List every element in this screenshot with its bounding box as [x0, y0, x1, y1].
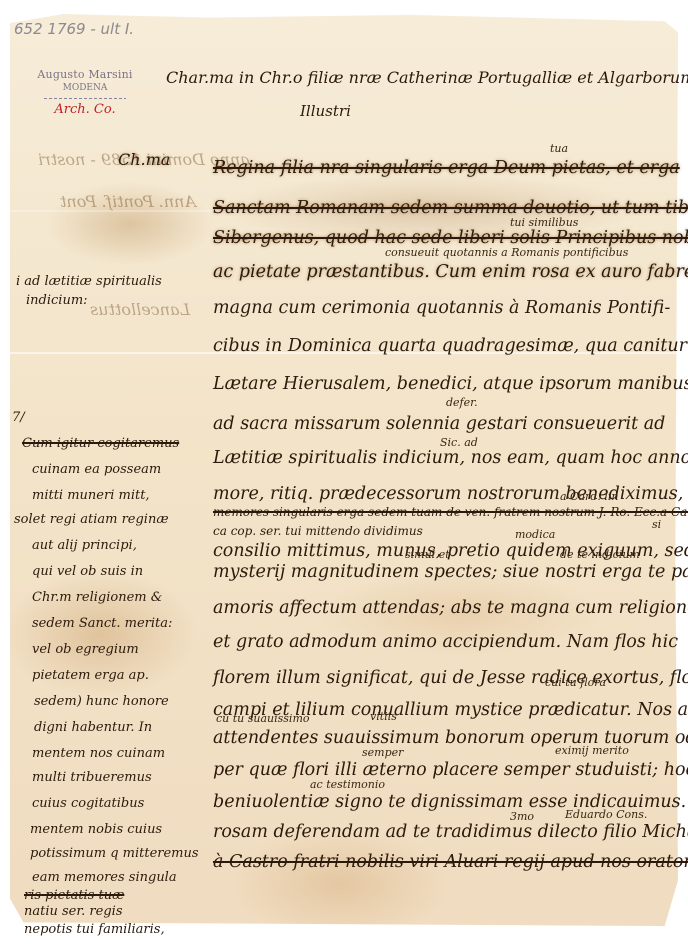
interlinear-note: ac testimonio	[310, 778, 385, 791]
margin-note: qui vel ob suis in	[32, 564, 143, 579]
salutation: Ch.ma	[118, 150, 170, 169]
interlinear-note: consueuit quotannis a Romanis pontificib…	[385, 246, 628, 259]
stamp-city: MODENA	[26, 83, 144, 93]
margin-note: cuinam ea posseam	[32, 462, 161, 477]
pencil-catalogue-note: 652 1769 - ult I.	[14, 20, 134, 38]
margin-note: multi tribueremus	[32, 770, 152, 785]
margin-note-struck: Cum igitur cogitaremus	[22, 436, 179, 451]
interlinear-note: eximij merito	[555, 744, 629, 757]
body-line: cibus in Dominica quarta quadragesimæ, q…	[213, 336, 687, 356]
margin-note: Chr.m religionem &	[32, 590, 162, 605]
body-line: ac pietate præstantibus. Cum enim rosa e…	[213, 262, 688, 282]
interlinear-note: si	[652, 518, 661, 531]
margin-note: mentem nobis cuius	[30, 822, 162, 837]
margin-note: i ad lætitiæ spiritualis	[16, 274, 162, 289]
interlinear-note: Eduardo Cons.	[565, 808, 647, 821]
body-line: ca cop. ser. tui mittendo dividimus	[213, 524, 423, 538]
margin-note: mitti muneri mitt,	[32, 488, 150, 503]
margin-note: natiu ser. regis	[24, 904, 122, 919]
interlinear-note: semper	[362, 746, 403, 759]
interlinear-note: Sic. ad	[440, 436, 478, 449]
body-line: et grato admodum animo accipiendum. Nam …	[213, 632, 678, 652]
body-line: amoris affectum attendas; abs te magna c…	[213, 598, 688, 618]
margin-note: eam memores singula	[32, 870, 177, 885]
body-line: Lætare Hierusalem, benedici, atque ipsor…	[213, 374, 688, 394]
interlinear-note: de te indicium	[560, 548, 640, 561]
body-line: Lætitiæ spiritualis indicium, nos eam, q…	[213, 448, 688, 468]
margin-note: nepotis tui familiaris,	[24, 922, 165, 937]
archive-stamp: Augusto Marsini MODENA Arch. Co.	[26, 68, 144, 117]
interlinear-note: simul et	[405, 548, 450, 561]
body-line: rosam deferendam ad te tradidimus dilect…	[213, 822, 688, 842]
margin-note: potissimum q mitteremus	[30, 846, 199, 861]
interlinear-note: cu tu suauissimo	[216, 712, 310, 725]
bleed-through-text: Ann. Pontif. Pont	[60, 192, 196, 211]
body-line: Sanctam Romanam sedem summa deuotio, ut …	[213, 198, 688, 218]
body-line-struck: memores singularis erga sedem tuam de ve…	[213, 505, 688, 519]
stamp-archive-label: Arch. Co.	[26, 102, 144, 117]
interlinear-note: a Card. lin	[560, 490, 618, 503]
interlinear-note: vitiis	[370, 710, 397, 723]
margin-note-struck: ris pietatis tuæ	[24, 888, 124, 903]
margin-note: mentem nos cuinam	[32, 746, 165, 761]
margin-note: aut alij principi,	[32, 538, 137, 553]
interlinear-note: cui tu flora	[545, 676, 606, 689]
bleed-through-text: Lancellottus	[90, 300, 190, 319]
margin-note: sedem Sanct. merita:	[32, 616, 172, 631]
margin-note: digni habentur. In	[34, 720, 152, 735]
body-line-struck: à Castro fratri nobilis viri Aluari regi…	[213, 852, 688, 872]
body-line: mysterij magnitudinem spectes; siue nost…	[213, 562, 688, 582]
body-line: Sibergenus, quod hac sede liberi solis P…	[213, 228, 688, 248]
address-line-2: Illustri	[300, 102, 351, 120]
interlinear-note: tua	[550, 142, 568, 155]
margin-note: vel ob egregium	[32, 642, 139, 657]
address-line-1: Char.ma in Chr.o filiæ nræ Catherinæ Por…	[166, 68, 688, 87]
body-line: magna cum cerimonia quotannis à Romanis …	[213, 298, 670, 318]
margin-note: 7/	[12, 410, 25, 425]
margin-note: pietatem erga ap.	[32, 668, 149, 683]
margin-note: solet regi atiam reginæ	[14, 512, 169, 527]
interlinear-note: tui similibus	[510, 216, 578, 229]
body-line: florem illum significat, qui de Jesse ra…	[213, 668, 688, 688]
body-line: Regina filia nra singularis erga Deum pi…	[213, 158, 680, 178]
stamp-name: Augusto Marsini	[26, 68, 144, 81]
interlinear-note: modica	[515, 528, 555, 541]
stamp-divider	[44, 98, 126, 99]
interlinear-note: 3mo	[510, 810, 534, 823]
margin-note: cuius cogitatibus	[32, 796, 144, 811]
interlinear-note: defer.	[446, 396, 478, 409]
body-line: ad sacra missarum solennia gestari consu…	[213, 414, 665, 434]
body-line: per quæ flori illi æterno placere semper…	[213, 760, 688, 780]
margin-note: indicium:	[26, 293, 88, 308]
margin-note: sedem) hunc honore	[34, 694, 169, 709]
